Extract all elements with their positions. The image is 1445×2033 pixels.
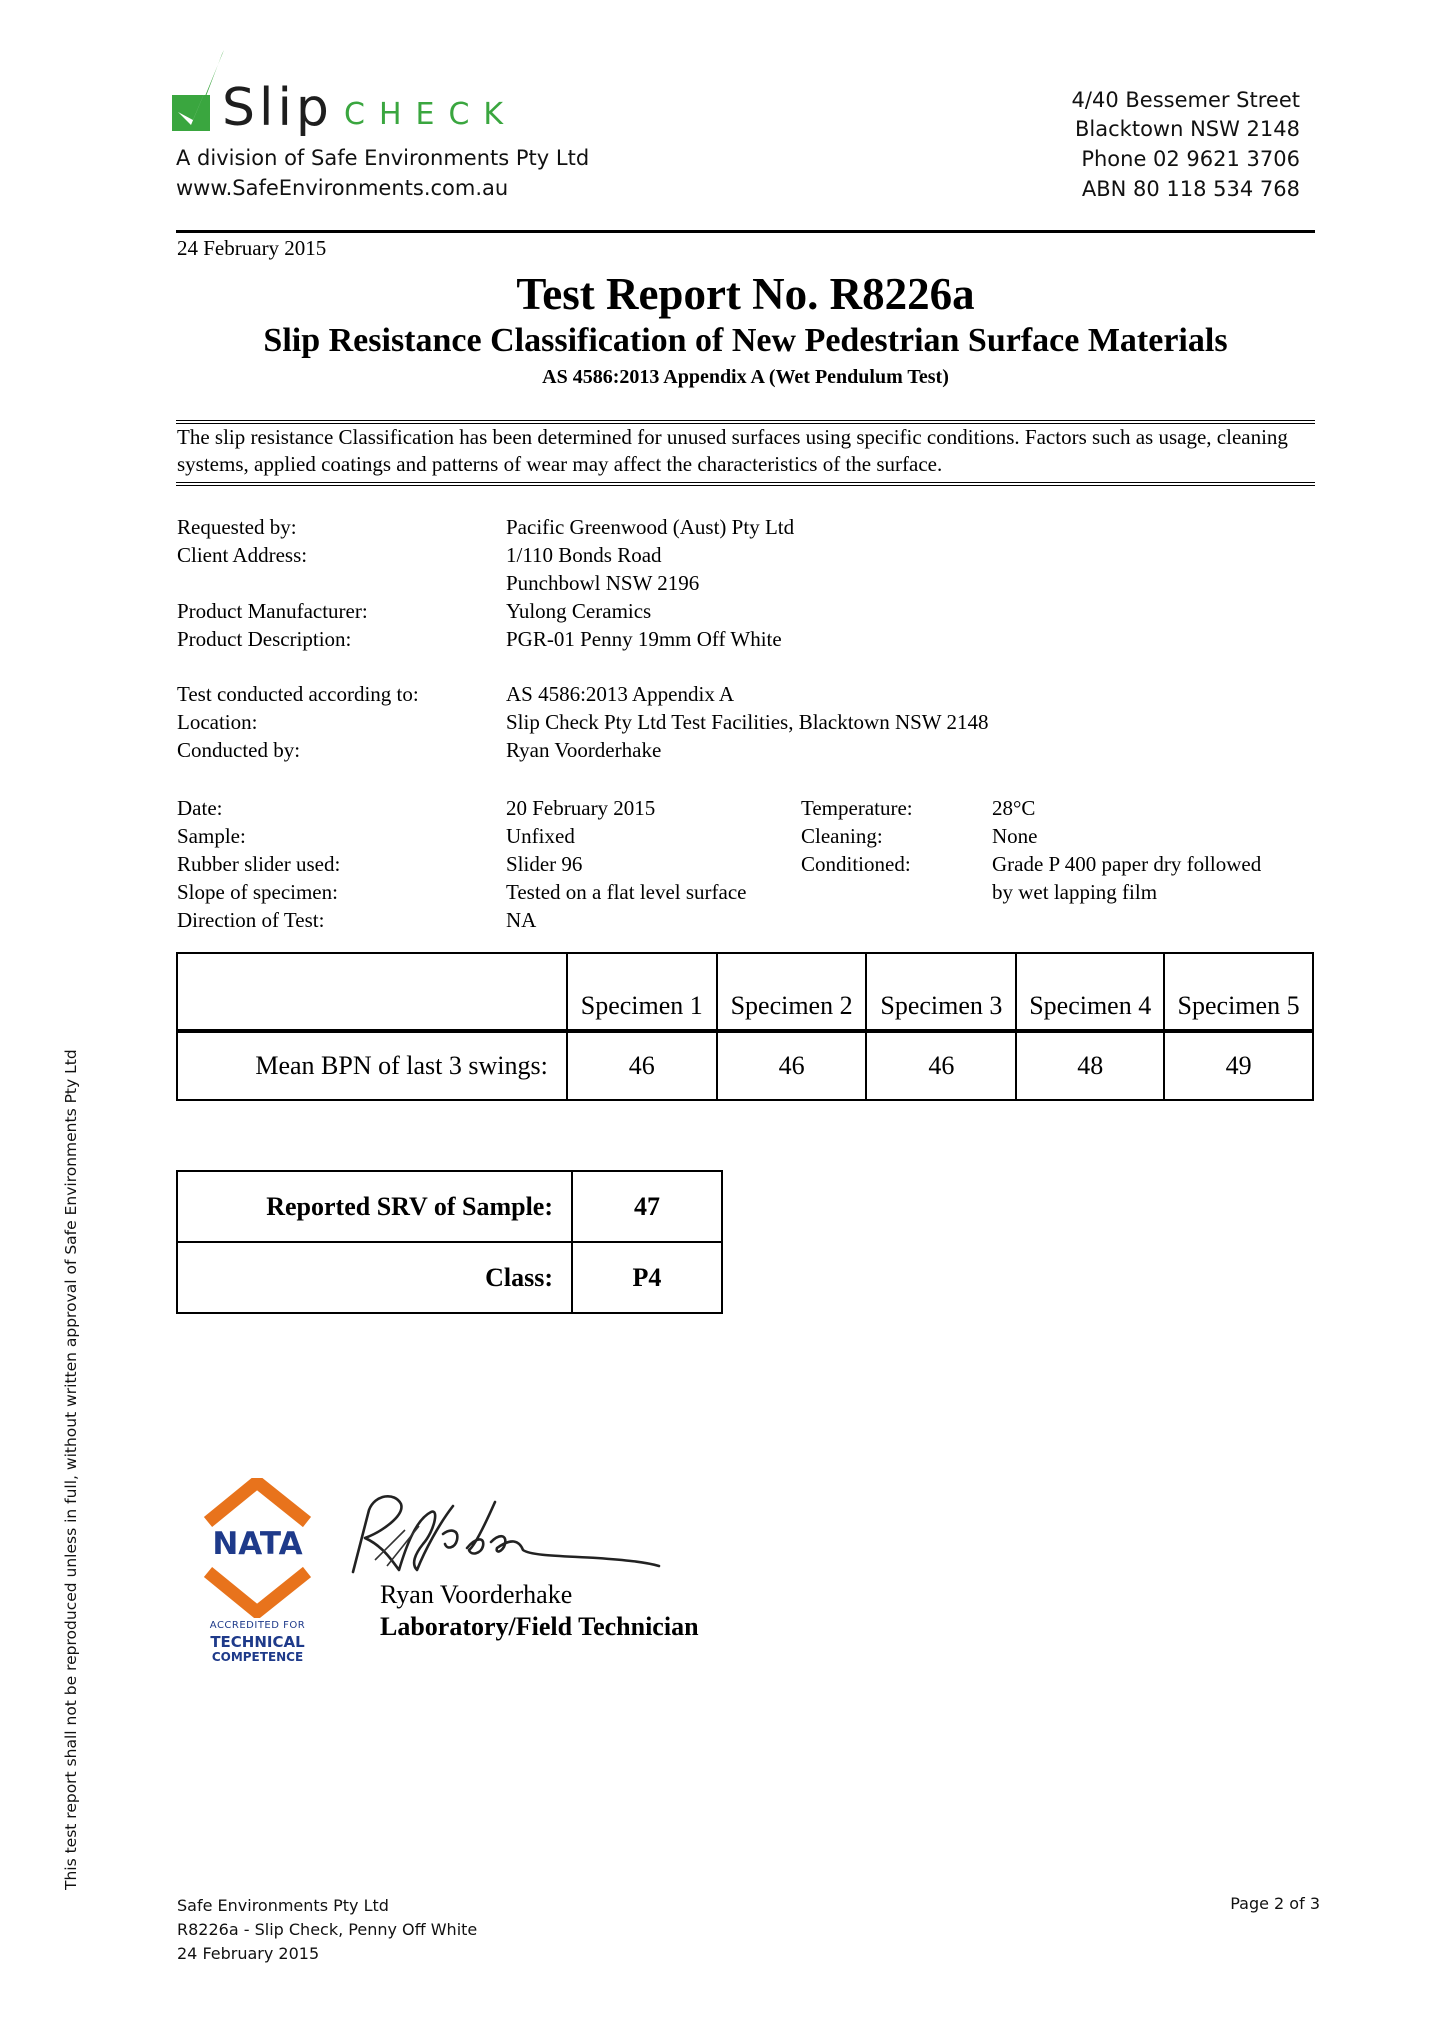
divider-bottom (176, 482, 1315, 486)
page-number: Page 2 of 3 (1230, 1894, 1320, 1913)
slider-value: Slider 96 (506, 852, 582, 876)
header-cell-empty (177, 953, 567, 1031)
disclaimer-text: The slip resistance Classification has b… (177, 424, 1317, 478)
conditioned-label: Conditioned: (801, 852, 911, 876)
description-label: Product Description: (177, 627, 351, 651)
report-date: 24 February 2015 (177, 236, 326, 261)
conditioned-value-line1: Grade P 400 paper dry followed (992, 852, 1261, 876)
reproduction-notice: This test report shall not be reproduced… (62, 1049, 80, 1890)
nata-accredited-text: ACCREDITED FOR (200, 1620, 315, 1631)
address-line: Blacktown NSW 2148 (1075, 115, 1300, 144)
location-label: Location: (177, 710, 257, 734)
client-address-line2: Punchbowl NSW 2196 (506, 571, 699, 595)
footer-company: Safe Environments Pty Ltd (177, 1894, 389, 1918)
temperature-value: 28°C (992, 796, 1035, 820)
address-line: 4/40 Bessemer Street (1072, 86, 1300, 115)
class-label: Class: (177, 1242, 572, 1313)
requested-by-value: Pacific Greenwood (Aust) Pty Ltd (506, 515, 794, 539)
website-link[interactable]: www.SafeEnvironments.com.au (176, 175, 508, 201)
header-rule (176, 230, 1315, 233)
table-row: Class: P4 (177, 1242, 722, 1313)
header-cell: Specimen 1 (567, 953, 717, 1031)
slipcheck-logo: Slip CHECK (172, 40, 572, 140)
footer-date: 24 February 2015 (177, 1942, 319, 1966)
srv-label: Reported SRV of Sample: (177, 1171, 572, 1242)
report-subtitle: Slip Resistance Classification of New Pe… (176, 322, 1315, 360)
nata-technical-text: TECHNICAL (200, 1633, 315, 1651)
phone-line: Phone 02 9621 3706 (1081, 145, 1300, 174)
logo-brand-secondary: CHECK (344, 97, 517, 133)
footer-doc-ref: R8226a - Slip Check, Penny Off White (177, 1918, 477, 1942)
manufacturer-value: Yulong Ceramics (506, 599, 651, 623)
abn-line: ABN 80 118 534 768 (1082, 175, 1300, 204)
according-value: AS 4586:2013 Appendix A (506, 682, 734, 706)
table-header-row: Specimen 1 Specimen 2 Specimen 3 Specime… (177, 953, 1313, 1031)
client-address-line1: 1/110 Bonds Road (506, 543, 662, 567)
srv-value: 47 (572, 1171, 722, 1242)
requested-by-label: Requested by: (177, 515, 297, 539)
row-label: Mean BPN of last 3 swings: (177, 1031, 567, 1100)
bpn-value: 46 (866, 1031, 1016, 1100)
location-value: Slip Check Pty Ltd Test Facilities, Blac… (506, 710, 989, 734)
conducted-by-label: Conducted by: (177, 738, 300, 762)
cleaning-value: None (992, 824, 1038, 848)
report-standard: AS 4586:2013 Appendix A (Wet Pendulum Te… (176, 366, 1315, 389)
slope-label: Slope of specimen: (177, 880, 338, 904)
slope-value: Tested on a flat level surface (506, 880, 747, 904)
conducted-by-value: Ryan Voorderhake (506, 738, 661, 762)
table-row: Mean BPN of last 3 swings: 46 46 46 48 4… (177, 1031, 1313, 1100)
header-cell: Specimen 3 (866, 953, 1016, 1031)
srv-result-table: Reported SRV of Sample: 47 Class: P4 (176, 1170, 723, 1314)
header-cell: Specimen 5 (1164, 953, 1313, 1031)
bpn-value: 49 (1164, 1031, 1313, 1100)
header-cell: Specimen 4 (1016, 953, 1164, 1031)
header-cell: Specimen 2 (717, 953, 867, 1031)
client-address-label: Client Address: (177, 543, 307, 567)
test-date-label: Date: (177, 796, 222, 820)
according-label: Test conducted according to: (177, 682, 419, 706)
signature-image (335, 1490, 695, 1585)
direction-value: NA (506, 908, 536, 932)
specimen-results-table: Specimen 1 Specimen 2 Specimen 3 Specime… (176, 952, 1314, 1101)
bpn-value: 48 (1016, 1031, 1164, 1100)
bpn-value: 46 (567, 1031, 717, 1100)
bpn-value: 46 (717, 1031, 867, 1100)
direction-label: Direction of Test: (177, 908, 324, 932)
table-row: Reported SRV of Sample: 47 (177, 1171, 722, 1242)
temperature-label: Temperature: (801, 796, 913, 820)
conditioned-value-line2: by wet lapping film (992, 880, 1157, 904)
logo-brand-primary: Slip (222, 78, 333, 138)
nata-wordmark: NATA (200, 1526, 315, 1562)
description-value: PGR-01 Penny 19mm Off White (506, 627, 782, 651)
cleaning-label: Cleaning: (801, 824, 883, 848)
test-date-value: 20 February 2015 (506, 796, 655, 820)
signer-title: Laboratory/Field Technician (380, 1612, 699, 1642)
division-text: A division of Safe Environments Pty Ltd (176, 145, 589, 171)
report-title: Test Report No. R8226a (176, 268, 1315, 320)
nata-competence-text: COMPETENCE (200, 1650, 315, 1664)
signer-name: Ryan Voorderhake (380, 1580, 572, 1610)
sample-value: Unfixed (506, 824, 575, 848)
nata-logo: NATA ACCREDITED FOR TECHNICAL COMPETENCE (200, 1478, 315, 1668)
sample-label: Sample: (177, 824, 246, 848)
class-value: P4 (572, 1242, 722, 1313)
manufacturer-label: Product Manufacturer: (177, 599, 368, 623)
slider-label: Rubber slider used: (177, 852, 340, 876)
